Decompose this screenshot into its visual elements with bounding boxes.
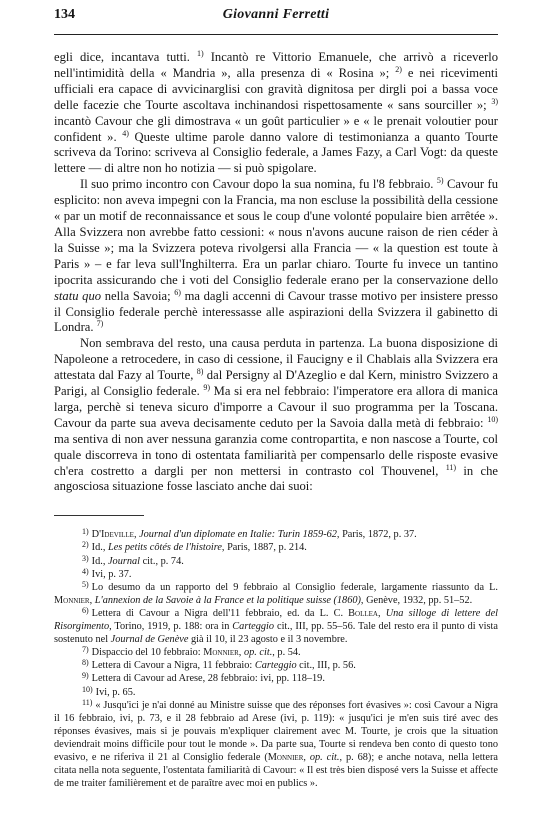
text-span: Id.,: [92, 556, 108, 567]
text-span: Lettera di Cavour a Nigra dell'11 febbra…: [92, 608, 349, 619]
text-span: nella Savoia;: [101, 289, 174, 303]
author: D'Ideville: [92, 529, 134, 540]
author: Monnier: [54, 595, 90, 606]
text-span: Lettera di Cavour ad Arese, 28 febbraio:…: [92, 673, 325, 684]
running-title: Giovanni Ferretti: [54, 7, 498, 23]
footnote-ref-5: 5): [437, 176, 444, 185]
author: Monnier: [203, 647, 239, 658]
footnote-8: 8)Lettera di Cavour a Nigra, 11 febbraio…: [54, 659, 498, 672]
footnote-ref-1: 1): [197, 49, 204, 58]
text-span: Lettera di Cavour a Nigra, 11 febbraio:: [92, 660, 255, 671]
footnote-9: 9)Lettera di Cavour ad Arese, 28 febbrai…: [54, 672, 498, 685]
running-head: 134 Giovanni Ferretti: [54, 4, 498, 35]
text-span: già il 10, il 23 agosto e il 3 novembre.: [188, 634, 347, 645]
text-span: ,: [378, 608, 386, 619]
work-title: op. cit.: [244, 647, 272, 658]
footnote-divider: [54, 515, 144, 516]
text-span: ma sentiva di non aver nessuna garanzia …: [54, 432, 498, 478]
work-title: op. cit.: [310, 752, 340, 763]
work-title: Journal: [108, 556, 140, 567]
footnote-10: 10)Ivi, p. 65.: [54, 686, 498, 699]
footnote-1: 1)D'Ideville, Journal d'un diplomate en …: [54, 528, 498, 541]
footnotes: 1)D'Ideville, Journal d'un diplomate en …: [54, 528, 498, 790]
text-span: Id.,: [92, 542, 108, 553]
footnote-ref-7: 7): [97, 319, 104, 328]
work-title: Les petits côtés de l'histoire: [108, 542, 222, 553]
text-span: Lo desumo da un rapporto del 9 febbraio …: [92, 582, 498, 593]
text-span: Il suo primo incontro con Cavour dopo la…: [80, 177, 437, 191]
work-title: Journal de Genève: [111, 634, 189, 645]
footnote-mark: 7): [82, 645, 89, 654]
text-span: cit., p. 74.: [140, 556, 184, 567]
footnote-4: 4)Ivi, p. 37.: [54, 568, 498, 581]
footnote-mark: 4): [82, 567, 89, 576]
work-title: Carteggio: [232, 621, 274, 632]
text-span: Cavour fu esplicito: non aveva impegni c…: [54, 177, 498, 286]
footnote-mark: 2): [82, 540, 89, 549]
text-span: cit., III, p. 56.: [297, 660, 356, 671]
paragraph-2: Il suo primo incontro con Cavour dopo la…: [54, 177, 498, 336]
footnote-3: 3)Id., Journal cit., p. 74.: [54, 555, 498, 568]
text-span: Ivi, p. 37.: [92, 569, 132, 580]
footnote-11: 11)« Jusqu'ici je n'ai donné au Ministre…: [54, 699, 498, 791]
text-span: Dispaccio del 10 febbraio:: [92, 647, 204, 658]
text-span: , Paris, 1887, p. 214.: [222, 542, 307, 553]
footnote-mark: 3): [82, 554, 89, 563]
footnote-ref-3: 3): [491, 97, 498, 106]
author: Bollea: [348, 608, 378, 619]
footnote-2: 2)Id., Les petits côtés de l'histoire, P…: [54, 541, 498, 554]
text-span: , Torino, 1919, p. 188: ora in: [109, 621, 232, 632]
footnote-mark: 1): [82, 527, 89, 536]
work-title: Carteggio: [255, 660, 297, 671]
footnote-ref-10: 10): [487, 415, 498, 424]
footnote-ref-2: 2): [395, 65, 402, 74]
footnote-mark: 9): [82, 671, 89, 680]
author: Monnier: [268, 752, 304, 763]
book-page: 134 Giovanni Ferretti egli dice, incanta…: [54, 0, 498, 790]
footnote-ref-6: 6): [174, 288, 181, 297]
footnote-mark: 8): [82, 658, 89, 667]
main-text: egli dice, incantava tutti. 1) Incantò r…: [54, 50, 498, 495]
work-title: L'annexion de la Savoie à la France et l…: [95, 595, 361, 606]
footnote-ref-11: 11): [446, 463, 456, 472]
footnote-ref-4: 4): [122, 129, 129, 138]
footnote-5: 5)Lo desumo da un rapporto del 9 febbrai…: [54, 581, 498, 607]
work-title: Journal d'un diplomate en Italie: Turin …: [139, 529, 337, 540]
text-span: , p. 54.: [272, 647, 300, 658]
paragraph-1: egli dice, incantava tutti. 1) Incantò r…: [54, 50, 498, 177]
footnote-mark: 5): [82, 580, 89, 589]
text-span: , Paris, 1872, p. 37.: [337, 529, 417, 540]
text-span: Ivi, p. 65.: [96, 687, 136, 698]
paragraph-3: Non sembrava del resto, una causa perdut…: [54, 336, 498, 495]
footnote-mark: 10): [82, 685, 93, 694]
text-span: , Genève, 1932, pp. 51–52.: [361, 595, 472, 606]
footnote-6: 6)Lettera di Cavour a Nigra dell'11 febb…: [54, 607, 498, 646]
footnote-mark: 6): [82, 606, 89, 615]
latin-phrase: statu quo: [54, 289, 101, 303]
text-span: egli dice, incantava tutti.: [54, 50, 197, 64]
footnote-mark: 11): [82, 698, 92, 707]
footnote-7: 7)Dispaccio del 10 febbraio: Monnier, op…: [54, 646, 498, 659]
